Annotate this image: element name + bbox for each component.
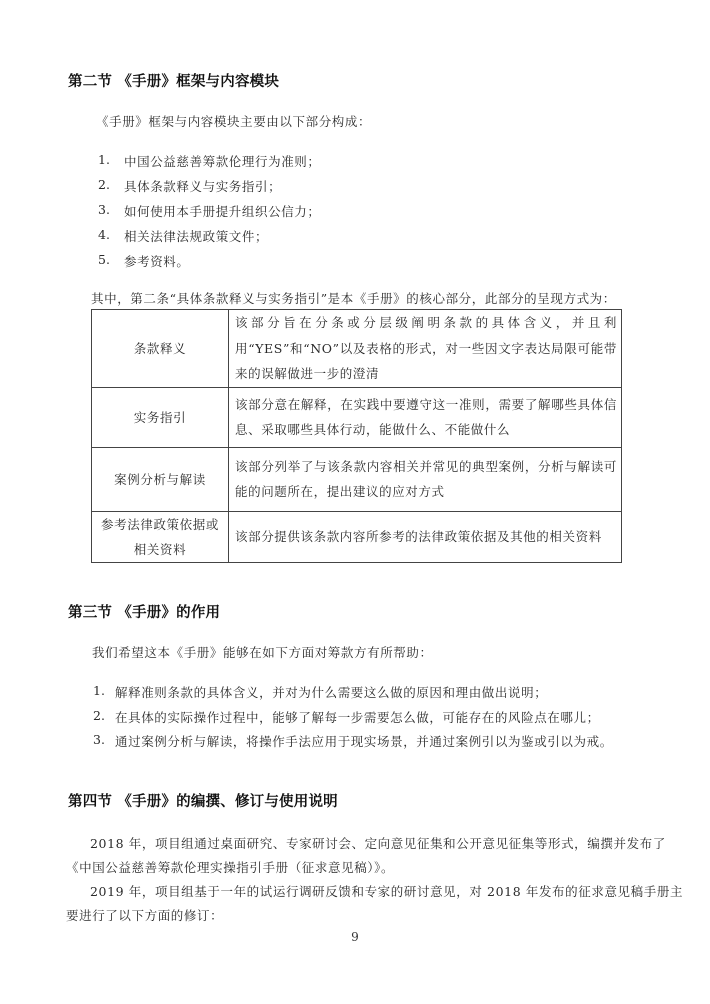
table-row: 参考法律政策依据或相关资料 该部分提供该条款内容所参考的法律政策依据及其他的相关… bbox=[92, 511, 622, 562]
content-structure-table: 条款释义 该部分旨在分条或分层级阐明条款的具体含义，并且利用“YES”和“NO”… bbox=[91, 309, 622, 563]
section-3-intro: 我们希望这本《手册》能够在如下方面对筹款方有所帮助： bbox=[92, 643, 433, 661]
list-text: 参考资料。 bbox=[124, 252, 190, 270]
section-4-paragraph-1-line-2: 《中国公益慈善筹款伦理实操指引手册（征求意见稿）》。 bbox=[66, 858, 394, 876]
table-row: 案例分析与解读 该部分列举了与该条款内容相关并常见的典型案例，分析与解读可能的问… bbox=[92, 447, 622, 511]
section-4-paragraph-2-line-2: 要进行了以下方面的修订： bbox=[66, 906, 223, 924]
list-number: 1. bbox=[98, 152, 110, 167]
list-number: 3. bbox=[93, 732, 105, 747]
list-text: 中国公益慈善筹款伦理行为准则； bbox=[124, 152, 321, 170]
table-cell-value: 该部分旨在分条或分层级阐明条款的具体含义，并且利用“YES”和“NO”以及表格的… bbox=[229, 310, 622, 388]
table-row: 条款释义 该部分旨在分条或分层级阐明条款的具体含义，并且利用“YES”和“NO”… bbox=[92, 310, 622, 388]
page-number: 9 bbox=[0, 930, 710, 944]
list-text: 如何使用本手册提升组织公信力； bbox=[124, 202, 321, 220]
table-cell-value: 该部分意在解释，在实践中要遵守这一准则，需要了解哪些具体信息、采取哪些具体行动，… bbox=[229, 387, 622, 447]
table-cell-value: 该部分列举了与该条款内容相关并常见的典型案例，分析与解读可能的问题所在，提出建议… bbox=[229, 447, 622, 511]
table-cell-value: 该部分提供该条款内容所参考的法律政策依据及其他的相关资料 bbox=[229, 511, 622, 562]
section-4-paragraph-2-line-1: 2019 年，项目组基于一年的试运行调研反馈和专家的研讨意见，对 2018 年发… bbox=[90, 882, 683, 900]
list-text: 具体条款释义与实务指引； bbox=[124, 177, 281, 195]
table-intro: 其中，第二条“具体条款释义与实务指引”是本《手册》的核心部分，此部分的呈现方式为… bbox=[91, 289, 616, 307]
section-4-paragraph-1-line-1: 2018 年，项目组通过桌面研究、专家研讨会、定向意见征集和公开意见征集等形式，… bbox=[90, 834, 666, 852]
list-number: 3. bbox=[98, 202, 110, 217]
section-4-heading: 第四节 《手册》的编撰、修订与使用说明 bbox=[68, 790, 338, 811]
list-text: 在具体的实际操作过程中，能够了解每一步需要怎么做，可能存在的风险点在哪儿； bbox=[115, 708, 600, 726]
list-number: 5. bbox=[98, 252, 110, 267]
section-2-intro: 《手册》框架与内容模块主要由以下部分构成： bbox=[96, 112, 371, 130]
list-text: 解释准则条款的具体含义，并对为什么需要这么做的原因和理由做出说明； bbox=[115, 683, 547, 701]
list-number: 4. bbox=[98, 227, 110, 242]
section-3-heading: 第三节 《手册》的作用 bbox=[68, 601, 220, 622]
table-cell-key: 实务指引 bbox=[92, 387, 229, 447]
table-row: 实务指引 该部分意在解释，在实践中要遵守这一准则，需要了解哪些具体信息、采取哪些… bbox=[92, 387, 622, 447]
list-text: 通过案例分析与解读，将操作手法应用于现实场景，并通过案例引以为鉴或引以为戒。 bbox=[115, 732, 613, 750]
document-page: 第二节 《手册》框架与内容模块 《手册》框架与内容模块主要由以下部分构成： 1.… bbox=[0, 0, 710, 1004]
list-number: 2. bbox=[98, 177, 110, 192]
section-2-heading: 第二节 《手册》框架与内容模块 bbox=[68, 70, 279, 91]
list-number: 1. bbox=[93, 683, 105, 698]
table-cell-key: 案例分析与解读 bbox=[92, 447, 229, 511]
list-text: 相关法律法规政策文件； bbox=[124, 227, 268, 245]
list-number: 2. bbox=[93, 708, 105, 723]
table-cell-key: 条款释义 bbox=[92, 310, 229, 388]
table-cell-key: 参考法律政策依据或相关资料 bbox=[92, 511, 229, 562]
